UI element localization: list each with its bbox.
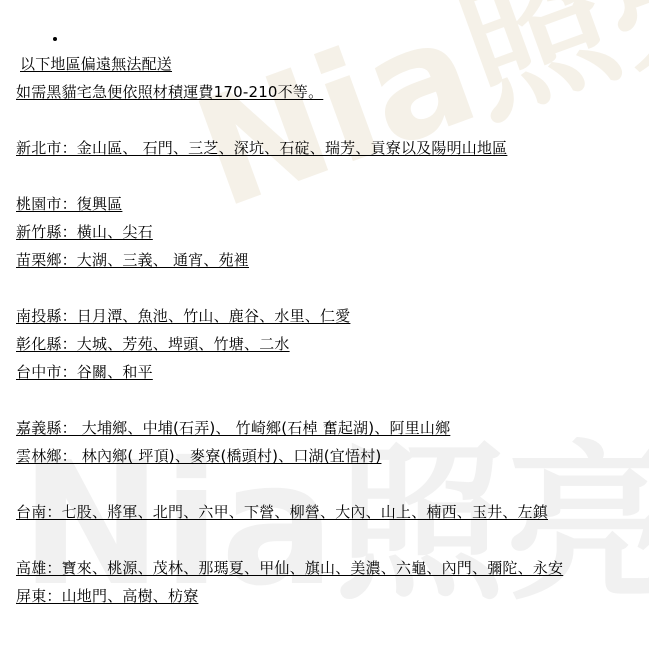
watermark-bottom: Nia照亮U	[20, 440, 649, 610]
region-miaoli: 苗栗鄉：大湖、三義、 通宵、苑裡	[16, 251, 249, 269]
bullet-dot	[53, 37, 57, 41]
region-yunlin: 雲林鄉： 林內鄉( 坪頂)、麥寮(橋頭村)、口湖(宜悟村)	[16, 447, 381, 465]
region-new-taipei: 新北市：金山區、 石門、三芝、深坑、石碇、瑞芳、貢寮以及陽明山地區	[16, 139, 507, 157]
header-shipping-note: 如需黑貓宅急便依照材積運費170-210不等。	[16, 83, 323, 101]
region-nantou: 南投縣：日月潭、魚池、竹山、鹿谷、水里、仁愛	[16, 307, 350, 325]
region-hsinchu: 新竹縣：橫山、尖石	[16, 223, 153, 241]
region-taoyuan: 桃園市：復興區	[16, 195, 122, 213]
region-tainan: 台南：七股、將軍、北門、六甲、下營、柳營、大內、山上、楠西、玉井、左鎮	[16, 503, 548, 521]
region-chiayi: 嘉義縣： 大埔鄉、中埔(石弄)、 竹崎鄉(石棹 奮起湖)、阿里山鄉	[16, 419, 450, 437]
region-taichung: 台中市：谷關、和平	[16, 363, 153, 381]
region-kaohsiung: 高雄：寶來、桃源、茂林、那瑪夏、甲仙、旗山、美濃、六龜、內門、彌陀、永安	[16, 559, 563, 577]
header-notice: 以下地區偏遠無法配送	[20, 55, 172, 73]
watermark-top: Nia照亮U	[180, 0, 649, 231]
region-pingtung: 屏東：山地門、高樹、枋寮	[16, 587, 198, 605]
region-changhua: 彰化縣：大城、芳苑、埤頭、竹塘、二水	[16, 335, 290, 353]
